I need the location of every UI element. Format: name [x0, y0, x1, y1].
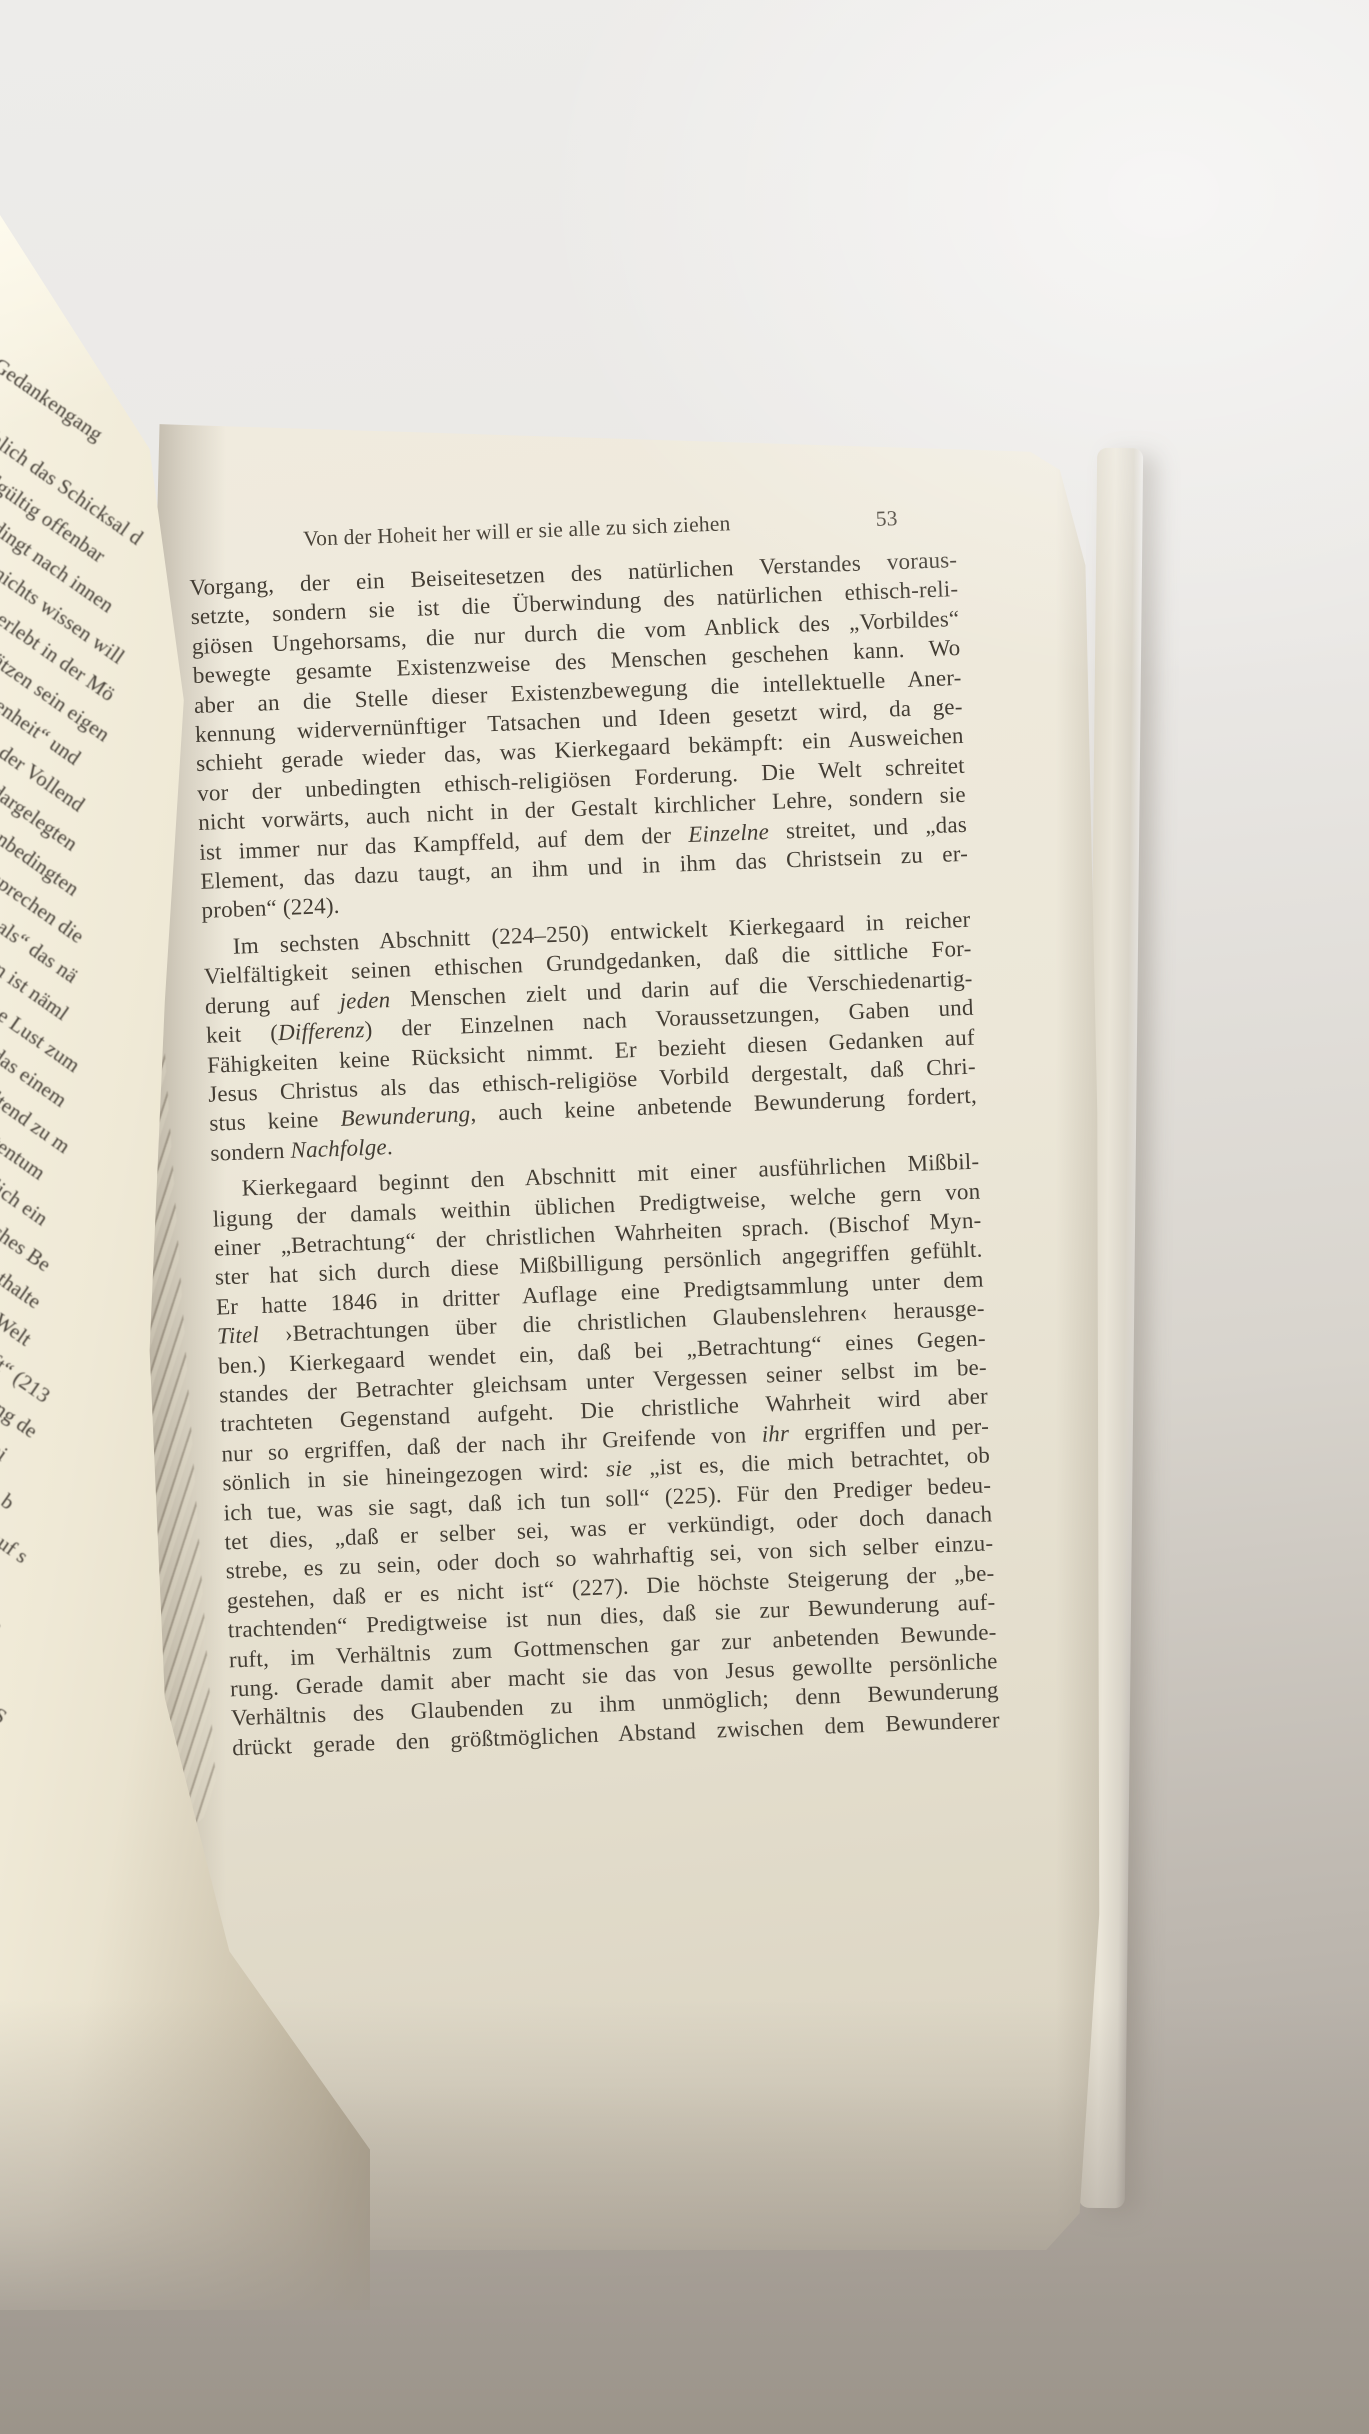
text-line: Verhältnis des Glaubenden zu ihm unmögli… — [231, 1676, 1000, 1734]
page-body: Vorgang, der ein Beiseitesetzen des natü… — [189, 545, 1000, 1763]
text-line: standes der Betrachter gleichsam unter V… — [219, 1352, 988, 1410]
text-line: ster hat sich durch diese Mißbilligung p… — [214, 1235, 983, 1293]
running-head: Von der Hoheit her will er sie alle zu s… — [188, 505, 847, 558]
text-line: tet dies, „daß er selber sei, was er ver… — [224, 1499, 993, 1557]
text-line: drückt gerade den größtmöglichen Abstand… — [232, 1705, 1001, 1763]
text-line: Vorgang, der ein Beiseitesetzen des natü… — [189, 545, 958, 603]
left-text-fragment: lmehr für ihn d — [0, 1854, 31, 2008]
text-line: trachteten Gegenstand aufgeht. Die chris… — [220, 1382, 989, 1440]
text-line: aber an die Stelle dieser Existenzbewegu… — [193, 663, 962, 721]
text-line: einer „Betrachtung“ der christlichen Wah… — [213, 1205, 982, 1263]
text-line: Fähigkeiten keine Rücksicht nimmt. Er be… — [207, 1022, 976, 1080]
left-text-fragment: rch ein Glauben — [0, 1813, 51, 1979]
text-line: keit (Differenz) der Einzelnen nach Vora… — [206, 993, 975, 1051]
text-line: ruft, im Verhältnis zum Gottmenschen gar… — [228, 1617, 997, 1675]
text-line: ligung der damals weithin üblichen Predi… — [212, 1176, 981, 1234]
text-line: Element, das dazu taugt, an ihm und in i… — [200, 839, 969, 897]
text-line: sondern Nachfolge. — [210, 1110, 979, 1168]
right-page: Von der Hoheit her will er sie alle zu s… — [130, 415, 1115, 2250]
text-line: ist immer nur das Kampffeld, auf dem der… — [199, 809, 968, 867]
left-text-fragment: so kann sie das — [0, 1689, 113, 1890]
paragraph: Kierkegaard beginnt den Abschnitt mit ei… — [211, 1147, 1000, 1763]
left-text-fragment: dogmatischer B — [0, 1648, 134, 1861]
left-text-fragment: olcher Apologetik — [0, 1565, 175, 1802]
left-text-fragment: s aber eben nich — [0, 1772, 72, 1950]
text-line: Titel ›Betrachtungen über die christlich… — [217, 1294, 986, 1352]
paragraph: Im sechsten Abschnitt (224–250) entwicke… — [202, 905, 978, 1168]
text-line: vor der unbedingten ethisch-religiösen F… — [197, 751, 966, 809]
text-line: giösen Ungehorsams, die nur durch die vo… — [191, 604, 960, 662]
text-line: schieht gerade wieder das, was Kierkegaa… — [196, 721, 965, 779]
text-line: setzte, sondern sie ist die Überwindung … — [190, 574, 959, 632]
book-photo: Von der Hoheit her will er sie alle zu s… — [0, 0, 1369, 2434]
text-line: ben.) Kierkegaard wendet ein, daß bei „B… — [218, 1323, 987, 1381]
text-line: Vielfältigkeit seinen ethischen Grundged… — [203, 934, 972, 992]
text-line: trachtenden“ Predigtweise ist nun dies, … — [227, 1587, 996, 1645]
page-number: 53 — [875, 504, 898, 534]
paragraph: Vorgang, der ein Beiseitesetzen des natü… — [189, 545, 969, 926]
left-text-fragment: eil Kierkegaard d — [0, 1730, 93, 1920]
text-line: Kierkegaard beginnt den Abschnitt mit ei… — [211, 1147, 980, 1205]
running-head-row: Von der Hoheit her will er sie alle zu s… — [188, 501, 957, 559]
text-line: stus keine Bewunderung, auch keine anbet… — [209, 1081, 978, 1139]
text-line: kennung widervernünftiger Tatsachen und … — [195, 692, 964, 750]
right-page-text: Von der Hoheit her will er sie alle zu s… — [188, 501, 1001, 1763]
text-line: gestehen, daß er es nicht ist“ (227). Di… — [226, 1558, 995, 1616]
text-line: proben“ (224). — [201, 868, 970, 926]
text-line: rung. Gerade damit aber macht sie das vo… — [230, 1646, 999, 1704]
text-line: Im sechsten Abschnitt (224–250) entwicke… — [202, 905, 971, 963]
text-line: bewegte gesamte Existenzweise des Mensch… — [192, 633, 961, 691]
text-line: nur so ergriffen, daß der nach ihr Greif… — [221, 1411, 990, 1469]
text-line: ich tue, was sie sagt, daß ich tun soll“… — [223, 1470, 992, 1528]
text-line: Er hatte 1846 in dritter Auflage eine Pr… — [216, 1264, 985, 1322]
text-line: sönlich in sie hineingezogen wird: sie „… — [222, 1441, 991, 1499]
text-line: derung auf jeden Menschen zielt und dari… — [204, 963, 973, 1021]
text-line: strebe, es zu sein, oder doch so wahrhaf… — [225, 1529, 994, 1587]
text-line: nicht vorwärts, auch nicht in der Gestal… — [198, 780, 967, 838]
text-line: Jesus Christus als das ethisch-religiöse… — [208, 1052, 977, 1110]
left-text-fragment: Rechenschaft und S — [0, 1607, 155, 1832]
left-text-fragment: ns Evangelium — [0, 1895, 10, 2038]
